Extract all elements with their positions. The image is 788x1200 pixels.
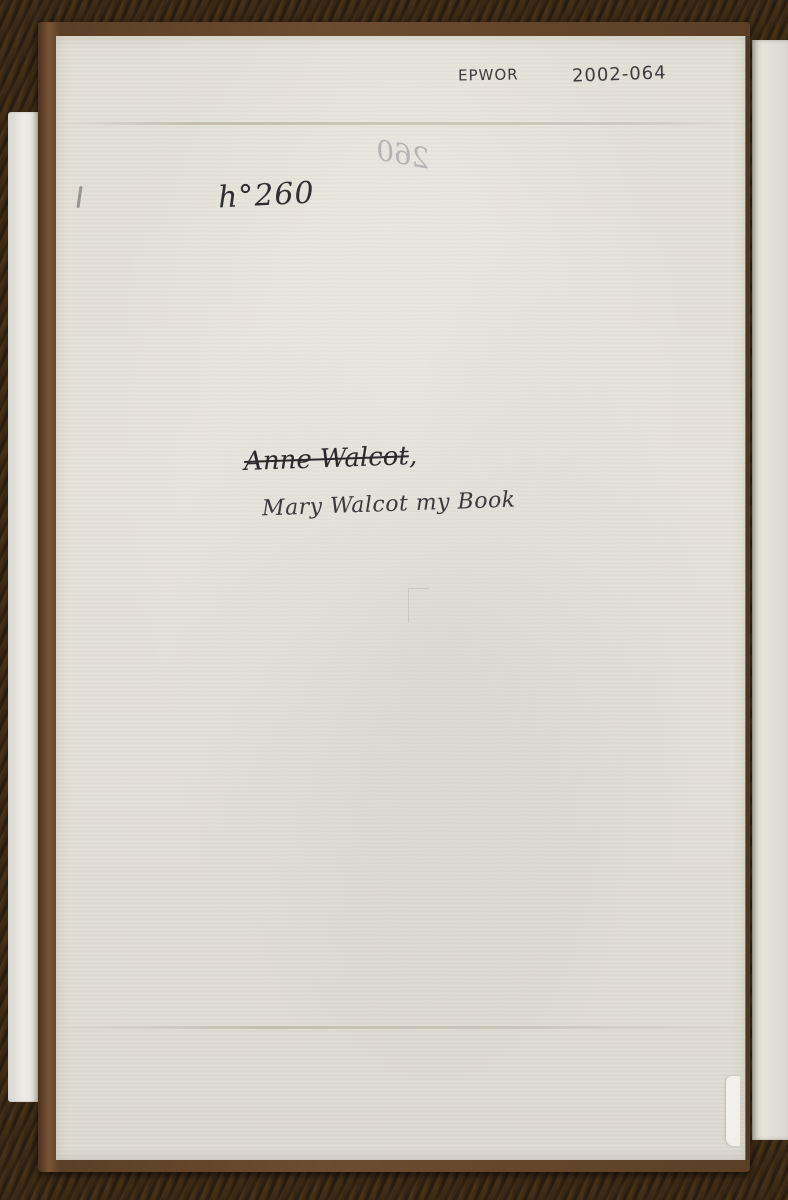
accession-number: 2002-064 [572,62,667,86]
paper-crease-top [56,122,746,125]
faint-watermark [408,588,429,623]
corner-tear [726,1076,740,1146]
accession-label: EPWOR [458,65,519,84]
paper-crease-bottom [56,1026,746,1029]
shelf-number: h°260 [217,175,315,215]
gutter-shadow [745,36,753,1160]
struck-inscription: Anne Walcot, [244,441,418,477]
next-page-edge [752,40,788,1140]
endpaper [56,36,746,1160]
struck-name-comma: , [408,441,417,471]
struck-name: Anne Walcot [244,441,410,477]
